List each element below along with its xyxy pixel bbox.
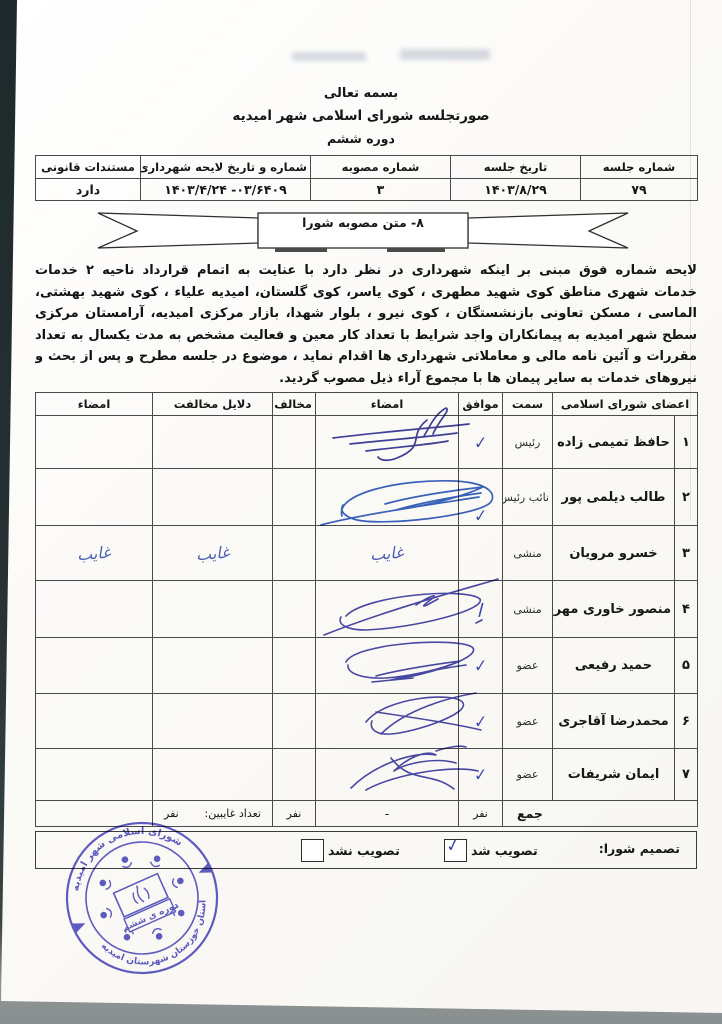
term-heading: دوره ششم	[0, 131, 722, 146]
signature2-header: امضاء	[36, 393, 153, 416]
totals-label: جمع	[503, 801, 698, 827]
session-no-header: شماره جلسه	[581, 156, 698, 179]
absent-note: غایب	[370, 542, 405, 564]
row-number: ۷	[675, 749, 698, 801]
agree-total-unit: نفر	[459, 801, 503, 827]
decision-label: تصمیم شورا:	[599, 841, 680, 856]
bill-no-date-value: ۱۴۰۳/۴/۲۴ -۰۳/۶۴۰۹	[141, 179, 311, 201]
document-content: بسمه تعالی صورتجلسه شورای اسلامی شهر امی…	[0, 0, 722, 1024]
position-header: سمت	[503, 393, 553, 416]
members-header: اعضای شورای اسلامی	[553, 393, 698, 416]
rejected-checkbox	[301, 839, 324, 862]
row-number: ۳	[675, 526, 698, 581]
ribbon-shadow	[275, 248, 327, 252]
member-position: عضو	[503, 694, 553, 749]
agree-header: موافق	[459, 393, 503, 416]
resolution-line: نیروهای خدمات به سایر پیمان ها با مجموع …	[35, 368, 697, 390]
agree-checkmark: ✓	[474, 505, 488, 526]
table-row: ۳ خسرو مرویان منشی غایب غایب غایب	[36, 526, 698, 581]
member-position: عضو	[503, 638, 553, 694]
ribbon-banner-graphic	[85, 206, 641, 258]
signature2-cell: غایب	[36, 526, 153, 581]
session-info-table: شماره جلسه تاریخ جلسه شماره مصوبه شماره …	[35, 155, 698, 201]
absent-note: غایب	[77, 542, 112, 564]
faint-stamp-smudge	[292, 52, 366, 61]
row-number: ۱	[675, 416, 698, 469]
legal-docs-header: مستندات قانونی	[36, 156, 141, 179]
signature-cell	[316, 749, 459, 801]
scanned-document-page: { "header": { "bismillah": "بسمه تعالی",…	[0, 0, 722, 1024]
signature-total-dash: -	[316, 801, 459, 827]
member-name: ایمان شریفات	[553, 749, 675, 801]
row-number: ۴	[675, 581, 698, 638]
vote-table: اعضای شورای اسلامی سمت موافق امضاء مخالف…	[35, 392, 698, 827]
legal-docs-value: دارد	[36, 179, 141, 201]
approved-checkbox: ✓	[444, 839, 467, 862]
oppose-header: مخالف	[273, 393, 316, 416]
approved-checkmark: ✓	[444, 834, 462, 857]
resolution-no-value: ۳	[311, 179, 451, 201]
session-date-value: ۱۴۰۳/۸/۲۹	[451, 179, 581, 201]
signature-cell	[316, 581, 459, 638]
oppose-reasons-header: دلایل مخالفت	[153, 393, 273, 416]
oppose-reason-cell: غایب	[153, 526, 273, 581]
member-name: محمدرضا آقاجری	[553, 694, 675, 749]
bill-no-date-header: شماره و تاریخ لایحه شهرداری	[141, 156, 311, 179]
bismillah-heading: بسمه تعالی	[0, 86, 722, 101]
absent-note: غایب	[195, 542, 230, 564]
table-row: ۷ ایمان شریفات عضو ✓	[36, 749, 698, 801]
resolution-no-header: شماره مصوبه	[311, 156, 451, 179]
row-number: ۲	[675, 469, 698, 526]
approved-option: تصویب شد ✓	[444, 838, 538, 862]
table-row: ۶ محمدرضا آقاجری عضو ✓	[36, 694, 698, 749]
signature-cell	[316, 469, 459, 526]
signature-cell: غایب	[316, 526, 459, 581]
signature-cell	[316, 694, 459, 749]
member-name: حافظ تمیمی زاده	[553, 416, 675, 469]
signature-cell	[316, 416, 459, 469]
signature-cell	[316, 638, 459, 694]
table-row: ۴ منصور خاوری مهر منشی /	[36, 581, 698, 638]
ribbon-shadow	[387, 248, 445, 252]
faint-stamp-smudge	[400, 49, 490, 60]
agree-checkmark: ✓	[474, 710, 488, 732]
resolution-line: خدمات شهری مناطق کوی شهید مطهری ، کوی یا…	[35, 282, 697, 304]
agree-checkmark: /	[477, 599, 483, 619]
table-row: ۵ حمید رفیعی عضو ✓	[36, 638, 698, 694]
agree-checkmark: ✓	[474, 764, 488, 786]
member-name: طالب دیلمی پور	[553, 469, 675, 526]
resolution-line: لایحه شماره فوق مبنی بر اینکه شهرداری در…	[35, 260, 697, 282]
row-number: ۵	[675, 638, 698, 694]
document-title: صورتجلسه شورای اسلامی شهر امیدیه	[0, 108, 722, 124]
table-row: ۱ حافظ تمیمی زاده رئیس ✓	[36, 416, 698, 469]
resolution-line: الماسی ، مسکن تعاونی بازنشستگان ، کوی نی…	[35, 303, 697, 325]
row-number: ۶	[675, 694, 698, 749]
approved-label: تصویب شد	[471, 843, 538, 858]
banner-title: ۸- متن مصوبه شورا	[258, 215, 468, 230]
table-row: ۲ طالب دیلمی پور نائب رئیس ✓	[36, 469, 698, 526]
oppose-total-unit: نفر	[273, 801, 316, 827]
member-name: حمید رفیعی	[553, 638, 675, 694]
member-position: منشی	[503, 526, 553, 581]
absents-label: تعداد غایبین:	[205, 807, 261, 820]
member-position: منشی	[503, 581, 553, 638]
agree-checkmark: ✓	[474, 655, 488, 677]
resolution-line: مقررات و آئین نامه مالی و معاملاتی شهردا…	[35, 346, 697, 368]
member-name: خسرو مرویان	[553, 526, 675, 581]
rejected-label: تصویب نشد	[328, 843, 400, 858]
signature-header: امضاء	[316, 393, 459, 416]
member-name: منصور خاوری مهر	[553, 581, 675, 638]
session-no-value: ۷۹	[581, 179, 698, 201]
resolution-text: لایحه شماره فوق مبنی بر اینکه شهرداری در…	[35, 260, 697, 390]
session-date-header: تاریخ جلسه	[451, 156, 581, 179]
resolution-line: سطح شهر امیدیه به پیمانکاران واجد شرایط …	[35, 325, 697, 347]
member-position: نائب رئیس	[503, 469, 553, 526]
agree-checkmark: ✓	[474, 431, 488, 453]
member-position: عضو	[503, 749, 553, 801]
rejected-option: تصویب نشد	[301, 838, 400, 862]
member-position: رئیس	[503, 416, 553, 469]
